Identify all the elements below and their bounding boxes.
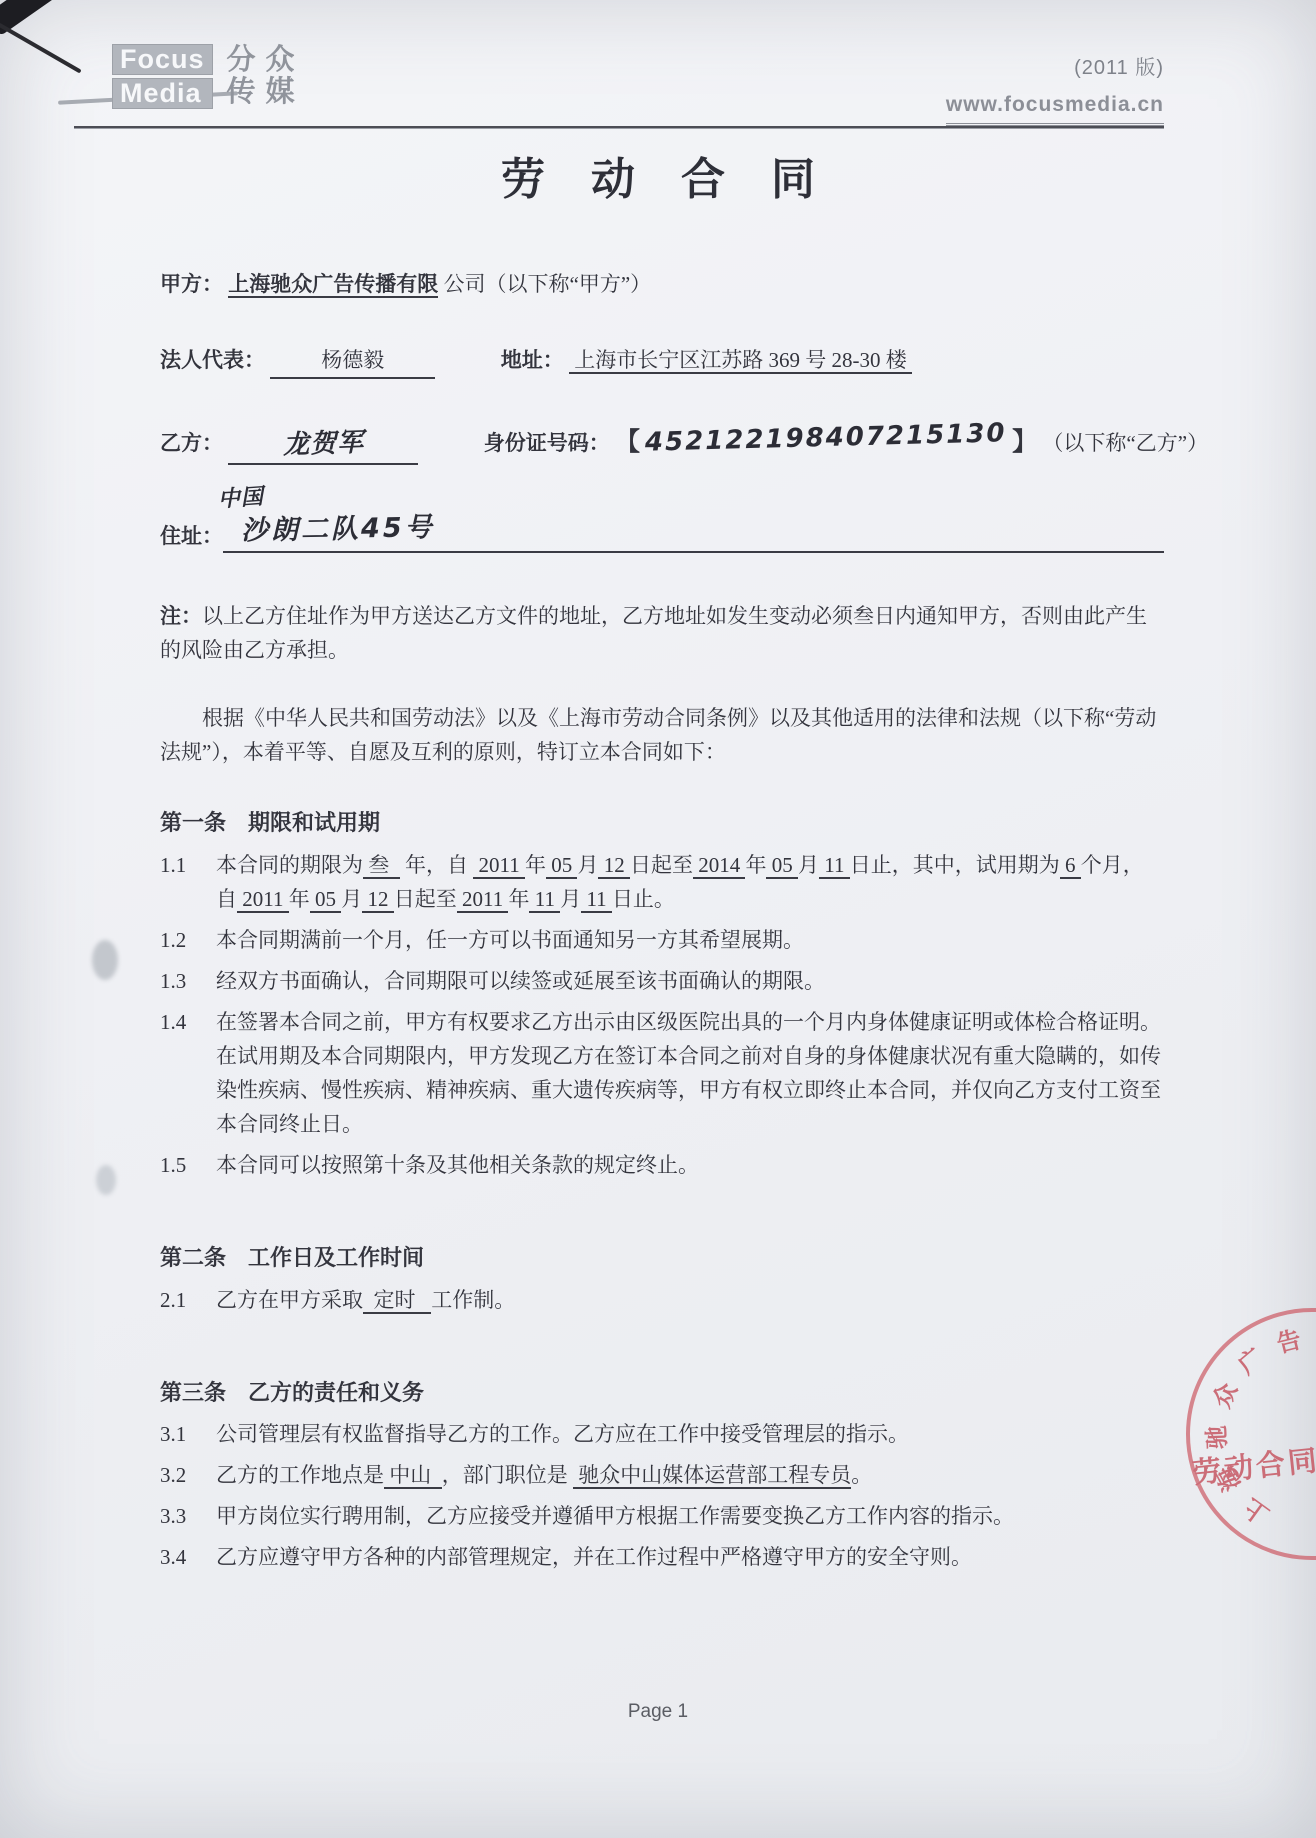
scanned-contract-page: Focus Media 分众 传媒 (2011 版) www.focusmedi… xyxy=(0,0,1316,1838)
focusmedia-logo: Focus Media 分众 传媒 xyxy=(112,44,305,109)
clause-text: 甲方岗位实行聘用制，乙方应接受并遵循甲方根据工作需要变换乙方工作内容的指示。 xyxy=(216,1499,1164,1533)
clause-number: 3.2 xyxy=(160,1458,216,1492)
clause-number: 3.3 xyxy=(160,1499,216,1533)
party-b-name-field: 龙贺军 xyxy=(228,421,418,465)
clause-2-1: 2.1 乙方在甲方采取 定时 工作制。 xyxy=(160,1283,1164,1317)
clause-3-4: 3.4 乙方应遵守甲方各种的内部管理规定，并在工作过程中严格遵守甲方的安全守则。 xyxy=(160,1540,1164,1574)
clause-1-5: 1.5 本合同可以按照第十条及其他相关条款的规定终止。 xyxy=(160,1148,1164,1182)
clause-number: 1.3 xyxy=(160,964,216,998)
party-a-name: 上海驰众广告传播有限 xyxy=(228,272,438,298)
clause-1-4: 1.4 在签署本合同之前，甲方有权要求乙方出示由区级医院出具的一个月内身体健康证… xyxy=(160,1005,1164,1141)
header-right-info: (2011 版) www.focusmedia.cn xyxy=(946,52,1164,126)
legal-rep-line: 法人代表： 杨德毅 地址： 上海市长宁区江苏路 369 号 28-30 楼 xyxy=(160,343,1164,379)
clause-text: 在签署本合同之前，甲方有权要求乙方出示由区级医院出具的一个月内身体健康证明或体检… xyxy=(216,1005,1164,1141)
clause-number: 1.2 xyxy=(160,923,216,957)
clause-text: 公司管理层有权监督指导乙方的工作。乙方应在工作中接受管理层的指示。 xyxy=(216,1417,1164,1451)
company-address-label: 地址： xyxy=(501,348,564,372)
id-number-handwritten: 452122198407215130 xyxy=(645,413,1008,465)
clause-number: 2.1 xyxy=(160,1283,216,1317)
clause-1-2: 1.2 本合同期满前一个月，任一方可以书面通知另一方其希望展期。 xyxy=(160,923,1164,957)
clause-3-3: 3.3 甲方岗位实行聘用制，乙方应接受并遵循甲方根据工作需要变换乙方工作内容的指… xyxy=(160,1499,1164,1533)
clause-text: 乙方在甲方采取 定时 工作制。 xyxy=(216,1283,1164,1317)
clause-1-1: 1.1 本合同的期限为 叁 年，自 2011 年 05 月 12 日起至 201… xyxy=(160,848,1164,916)
id-number-label: 身份证号码： xyxy=(484,431,610,455)
logo-media-block: Media xyxy=(112,78,213,109)
version-label: (2011 版) xyxy=(946,52,1164,84)
contract-body: 甲方： 上海驰众广告传播有限 公司（以下称“甲方”） 法人代表： 杨德毅 地址：… xyxy=(0,267,1316,1574)
document-header: Focus Media 分众 传媒 (2011 版) www.focusmedi… xyxy=(0,0,1316,134)
party-b-label: 乙方： xyxy=(160,431,223,455)
address-note: 注：以上乙方住址作为甲方送达乙方文件的地址，乙方地址如发生变动必须叁日内通知甲方… xyxy=(160,599,1164,667)
party-b-line: 乙方： 龙贺军 身份证号码： 【 452122198407215130 】 （以… xyxy=(160,421,1164,465)
clause-number: 1.5 xyxy=(160,1148,216,1182)
party-b-name-handwritten: 龙贺军 xyxy=(282,422,364,467)
clause-text: 经双方书面确认，合同期限可以续签或延展至该书面确认的期限。 xyxy=(216,964,1164,998)
logo-wordmark: Focus Media xyxy=(112,44,213,109)
preamble-paragraph: 根据《中华人民共和国劳动法》以及《上海市劳动合同条例》以及其他适用的法律和法规（… xyxy=(160,701,1164,769)
party-a-line: 甲方： 上海驰众广告传播有限 公司（以下称“甲方”） xyxy=(160,267,1164,301)
section-3-heading: 第三条 乙方的责任和义务 xyxy=(160,1375,1164,1411)
home-address-field: 沙朗二队45号 xyxy=(223,507,1164,553)
logo-focus-block: Focus xyxy=(112,44,213,75)
clause-text: 本合同期满前一个月，任一方可以书面通知另一方其希望展期。 xyxy=(216,923,1164,957)
clause-text: 本合同可以按照第十条及其他相关条款的规定终止。 xyxy=(216,1148,1164,1182)
id-bracket-open: 【 xyxy=(615,429,640,456)
document-title: 劳动合同 xyxy=(0,144,1316,215)
note-text: 以上乙方住址作为甲方送达乙方文件的地址，乙方地址如发生变动必须叁日内通知甲方，否… xyxy=(160,604,1147,662)
header-divider-rule xyxy=(74,126,1164,129)
company-address-value: 上海市长宁区江苏路 369 号 28-30 楼 xyxy=(569,348,912,374)
party-a-label: 甲方： xyxy=(160,272,223,296)
clause-3-2: 3.2 乙方的工作地点是 中山 ，部门职位是 驰众中山媒体运营部工程专员。 xyxy=(160,1458,1164,1492)
clause-text: 乙方的工作地点是 中山 ，部门职位是 驰众中山媒体运营部工程专员。 xyxy=(216,1458,1164,1492)
clause-3-1: 3.1 公司管理层有权监督指导乙方的工作。乙方应在工作中接受管理层的指示。 xyxy=(160,1417,1164,1451)
party-b-suffix: （以下称“乙方”） xyxy=(1042,431,1208,455)
clause-number: 1.4 xyxy=(160,1005,216,1141)
id-bracket-close: 】 xyxy=(1012,429,1037,456)
legal-rep-label: 法人代表： xyxy=(160,348,265,372)
home-address-label: 住址： xyxy=(160,519,223,553)
logo-cn-line1: 分众 xyxy=(227,44,305,76)
legal-rep-name: 杨德毅 xyxy=(270,343,435,379)
note-label: 注： xyxy=(160,604,202,628)
home-address-line: 中国 住址： 沙朗二队45号 xyxy=(160,507,1164,553)
clause-number: 1.1 xyxy=(160,848,216,916)
logo-cn-line2: 传媒 xyxy=(227,76,305,108)
section-2-heading: 第二条 工作日及工作时间 xyxy=(160,1240,1164,1276)
clause-text: 本合同的期限为 叁 年，自 2011 年 05 月 12 日起至 2014 年 … xyxy=(216,848,1164,916)
clause-text: 乙方应遵守甲方各种的内部管理规定，并在工作过程中严格遵守甲方的安全守则。 xyxy=(216,1540,1164,1574)
party-a-suffix: 公司（以下称“甲方”） xyxy=(444,272,652,296)
stamp-arc-text: 上海驰众广告 xyxy=(1178,1300,1316,1568)
logo-chinese-text: 分众 传媒 xyxy=(227,44,305,109)
section-1-heading: 第一条 期限和试用期 xyxy=(160,805,1164,841)
home-address-handwritten: 沙朗二队45号 xyxy=(223,507,435,554)
clause-1-3: 1.3 经双方书面确认，合同期限可以续签或延展至该书面确认的期限。 xyxy=(160,964,1164,998)
website-url: www.focusmedia.cn xyxy=(946,88,1164,126)
page-footer: Page 1 xyxy=(0,1697,1316,1728)
clause-number: 3.1 xyxy=(160,1417,216,1451)
clause-number: 3.4 xyxy=(160,1540,216,1574)
